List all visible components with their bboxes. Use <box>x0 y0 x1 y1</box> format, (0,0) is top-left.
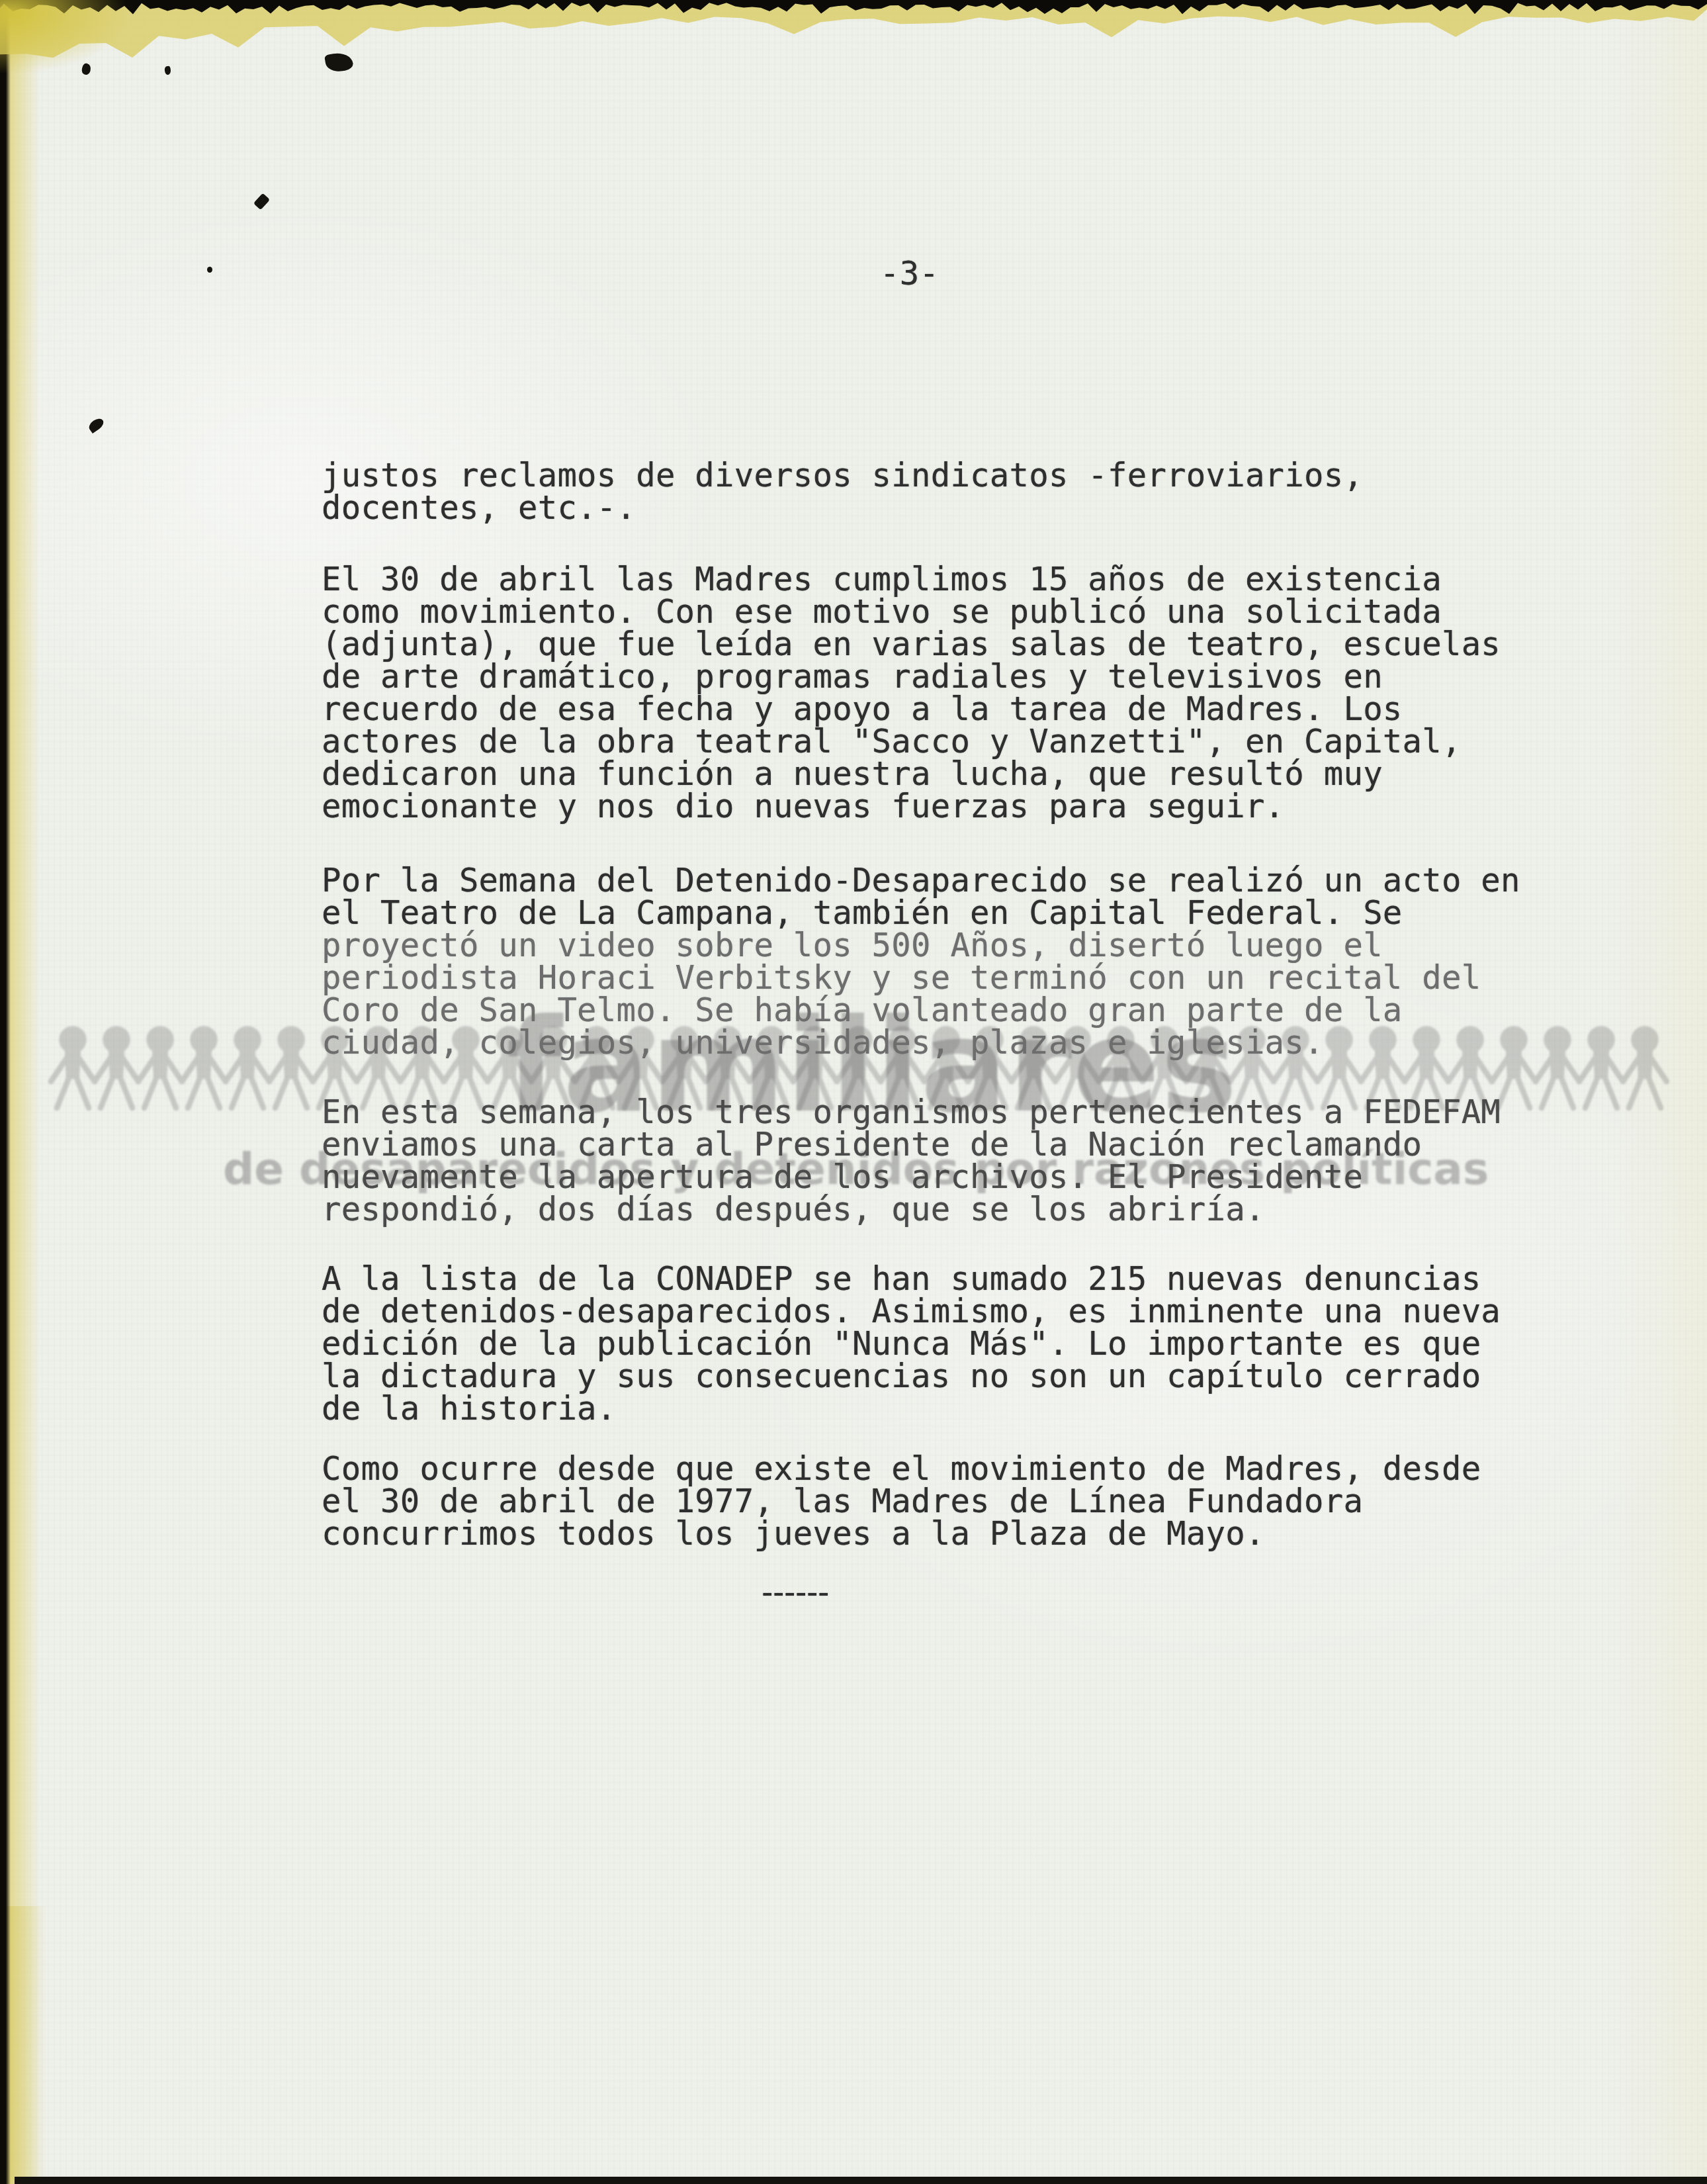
paragraph: A la lista de la CONADEP se han sumado 2… <box>322 1263 1501 1425</box>
text-line: recuerdo de esa fecha y apoyo a la tarea… <box>322 693 1501 725</box>
text-line: de detenidos-desaparecidos. Asimismo, es… <box>322 1295 1501 1328</box>
text-line: actores de la obra teatral "Sacco y Vanz… <box>322 725 1501 758</box>
scan-speck <box>87 416 105 433</box>
page-number: -3- <box>880 257 939 290</box>
paragraph: Por la Semana del Detenido-Desaparecido … <box>322 864 1520 1059</box>
torn-edge-corner <box>0 0 126 73</box>
text-line: dedicaron una función a nuestra lucha, q… <box>322 758 1501 790</box>
text-line: edición de la publicación "Nunca Más". L… <box>322 1328 1501 1360</box>
text-line: nuevamente la apertura de los archivos. … <box>322 1161 1501 1193</box>
text-line: En esta semana, los tres organismos pert… <box>322 1096 1501 1128</box>
text-line: periodista Horaci Verbitsky y se terminó… <box>322 962 1520 994</box>
scanned-page: familiares de desaparecidos y detenidos … <box>0 0 1707 2184</box>
torn-edge-top <box>0 0 1707 79</box>
text-line: la dictadura y sus consecuencias no son … <box>322 1360 1501 1392</box>
text-line: como movimiento. Con ese motivo se publi… <box>322 596 1501 628</box>
text-line: enviamos una carta al Presidente de la N… <box>322 1128 1501 1161</box>
text-line: concurrimos todos los jueves a la Plaza … <box>322 1518 1481 1550</box>
text-line: el Teatro de La Campana, también en Capi… <box>322 897 1520 929</box>
text-line: Por la Semana del Detenido-Desaparecido … <box>322 864 1520 897</box>
end-separator: ------ <box>758 1576 825 1609</box>
text-line: de la historia. <box>322 1392 1501 1425</box>
paragraph: El 30 de abril las Madres cumplimos 15 a… <box>322 563 1501 823</box>
text-line: emocionante y nos dio nuevas fuerzas par… <box>322 790 1501 823</box>
paragraph: justos reclamos de diversos sindicatos -… <box>322 459 1363 524</box>
text-line: Coro de San Telmo. Se había volanteado g… <box>322 994 1520 1026</box>
page-edge-left <box>0 0 11 2184</box>
text-line: docentes, etc.-. <box>322 492 1363 524</box>
scan-speck <box>207 267 212 273</box>
text-line: proyectó un video sobre los 500 Años, di… <box>322 929 1520 962</box>
page-edge-bottom <box>15 2177 1707 2184</box>
text-line: El 30 de abril las Madres cumplimos 15 a… <box>322 563 1501 596</box>
text-line: justos reclamos de diversos sindicatos -… <box>322 459 1363 492</box>
text-line: A la lista de la CONADEP se han sumado 2… <box>322 1263 1501 1295</box>
text-line: el 30 de abril de 1977, las Madres de Lí… <box>322 1485 1481 1518</box>
text-line: ciudad, colegios, universidades, plazas … <box>322 1026 1520 1059</box>
paragraph: Como ocurre desde que existe el movimien… <box>322 1453 1481 1550</box>
text-line: respondió, dos días después, que se los … <box>322 1193 1501 1226</box>
text-line: (adjunta), que fue leída en varias salas… <box>322 628 1501 660</box>
text-line: Como ocurre desde que existe el movimien… <box>322 1453 1481 1485</box>
text-line: de arte dramático, programas radiales y … <box>322 660 1501 693</box>
paragraph: En esta semana, los tres organismos pert… <box>322 1096 1501 1226</box>
scan-speck <box>253 193 270 210</box>
